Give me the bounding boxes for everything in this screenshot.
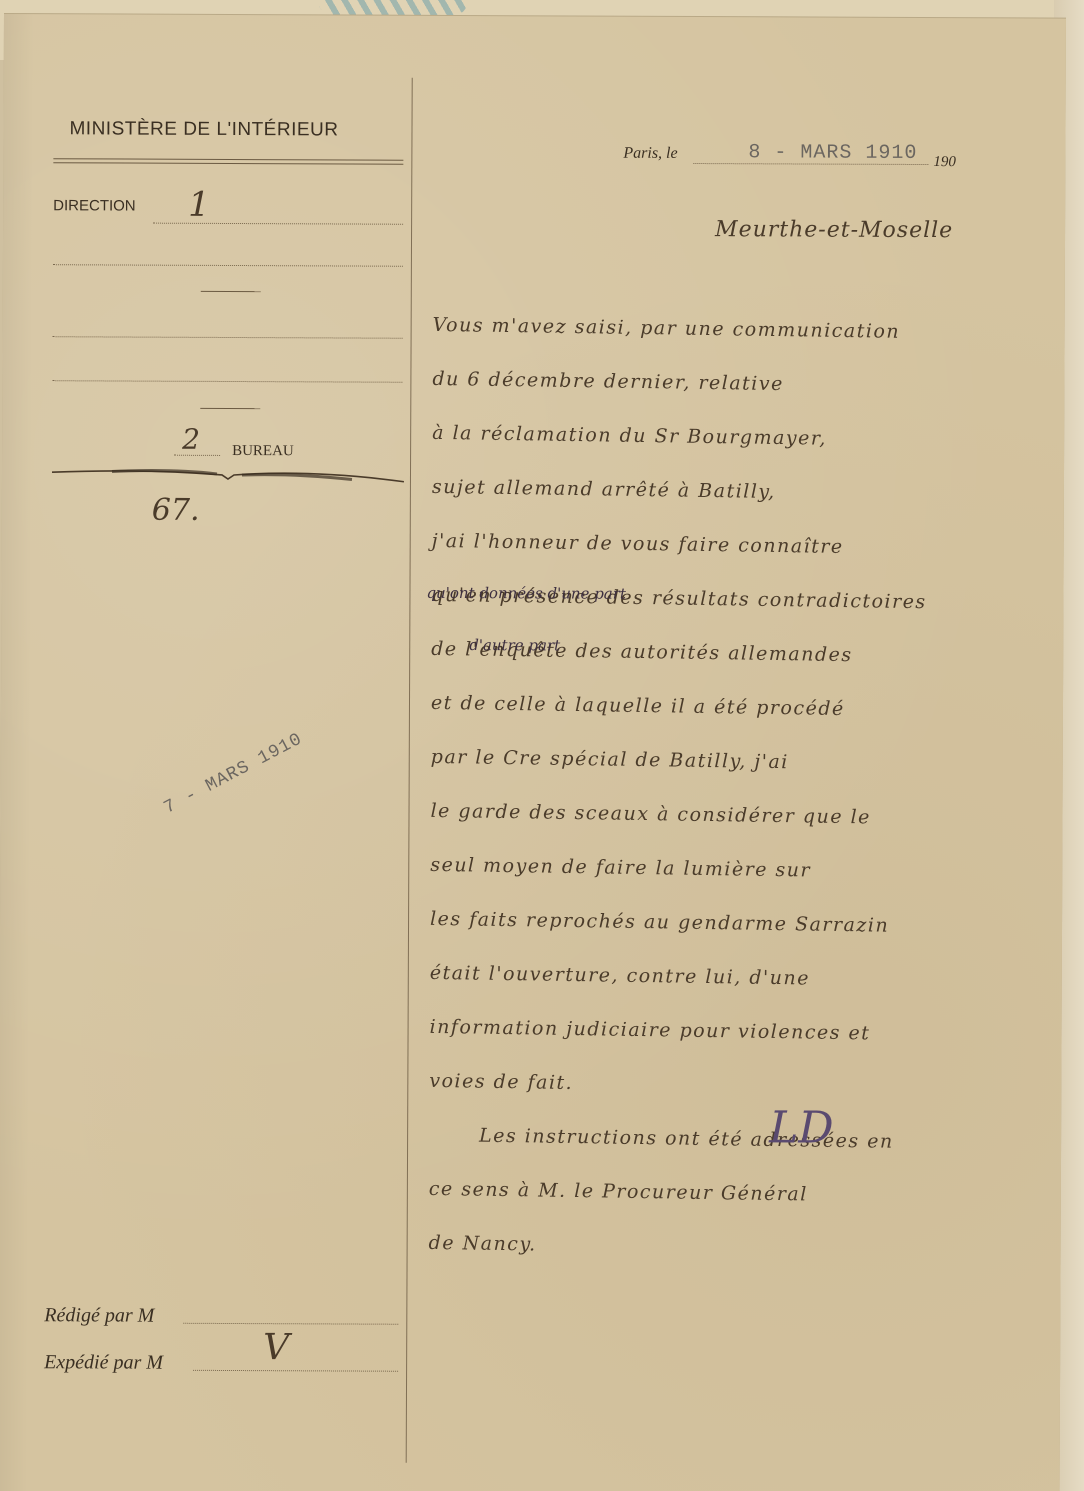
- letter-line: Les instructions ont été adressées en: [429, 1108, 1050, 1171]
- header-rule: [53, 162, 403, 165]
- date-stamp: 8 - MARS 1910: [748, 141, 917, 165]
- blue-stamp-fragment: [318, 0, 468, 16]
- file-number: 67.: [152, 493, 200, 528]
- letter-line: ce sens à M. le Procureur Général: [428, 1162, 1049, 1225]
- expedie-label: Expédié par M: [44, 1351, 163, 1375]
- blank-line: [52, 380, 402, 383]
- letter-line: Vous m'avez saisi, par une communication: [432, 298, 1053, 361]
- blank-line: [53, 336, 403, 339]
- ornamental-rule: [52, 466, 404, 488]
- letter-line: était l'ouverture, contre lui, d'une: [429, 946, 1050, 1009]
- received-date-stamp: 7 - MARS 1910: [161, 729, 306, 818]
- letter-line: de Nancy.: [428, 1216, 1049, 1279]
- addressee: Meurthe-et-Moselle: [715, 217, 953, 243]
- letter-line: et de celle à laquelle il a été procédé: [431, 676, 1052, 739]
- letter-sheet: MINISTÈRE DE L'INTÉRIEUR DIRECTION 1 2 B…: [0, 14, 1066, 1491]
- letter-line: sujet allemand arrêté à Batilly,: [432, 460, 1053, 523]
- separator-dash: [201, 291, 261, 292]
- expedie-mark: V: [263, 1327, 289, 1368]
- letter-line: seul moyen de faire la lumière sur: [430, 838, 1051, 901]
- redige-line: [183, 1323, 398, 1325]
- letter-line: voies de fait.: [429, 1054, 1050, 1117]
- letter-line: du 6 décembre dernier, relative: [432, 352, 1053, 415]
- direction-label: DIRECTION: [53, 197, 136, 214]
- letter-line: le garde des sceaux à considérer que le: [430, 784, 1051, 847]
- blank-line: [53, 264, 403, 267]
- bureau-line: [174, 455, 220, 456]
- expedie-line: [193, 1370, 398, 1372]
- letter-line: information judiciaire pour violences et: [429, 1000, 1050, 1063]
- redige-label: Rédigé par M: [44, 1304, 154, 1327]
- letter-line: les faits reprochés au gendarme Sarrazin: [430, 892, 1051, 955]
- ministry-title: MINISTÈRE DE L'INTÉRIEUR: [69, 118, 338, 141]
- letter-body: Vous m'avez saisi, par une communication…: [429, 298, 1053, 1273]
- place-prefix: Paris, le: [623, 145, 677, 163]
- letter-line: j'ai l'honneur de vous faire connaître: [431, 514, 1052, 577]
- letter-line: à la réclamation du Sr Bourgmayer,: [432, 406, 1053, 469]
- letter-line: par le Cre spécial de Batilly, j'ai: [430, 730, 1051, 793]
- direction-value: 1: [188, 185, 210, 225]
- signature-initials: LD: [769, 1102, 834, 1153]
- bureau-label: BUREAU: [232, 443, 294, 460]
- bureau-value: 2: [182, 423, 200, 456]
- year-suffix: 190: [933, 154, 956, 171]
- interlinear-insertion: d'autre part: [469, 636, 560, 654]
- interlinear-insertion: qu'ont données d'une part: [426, 584, 626, 603]
- header-rule: [53, 158, 403, 161]
- separator-dash: [200, 408, 260, 409]
- sheet-shadow: [0, 14, 34, 1491]
- column-divider: [406, 78, 413, 1463]
